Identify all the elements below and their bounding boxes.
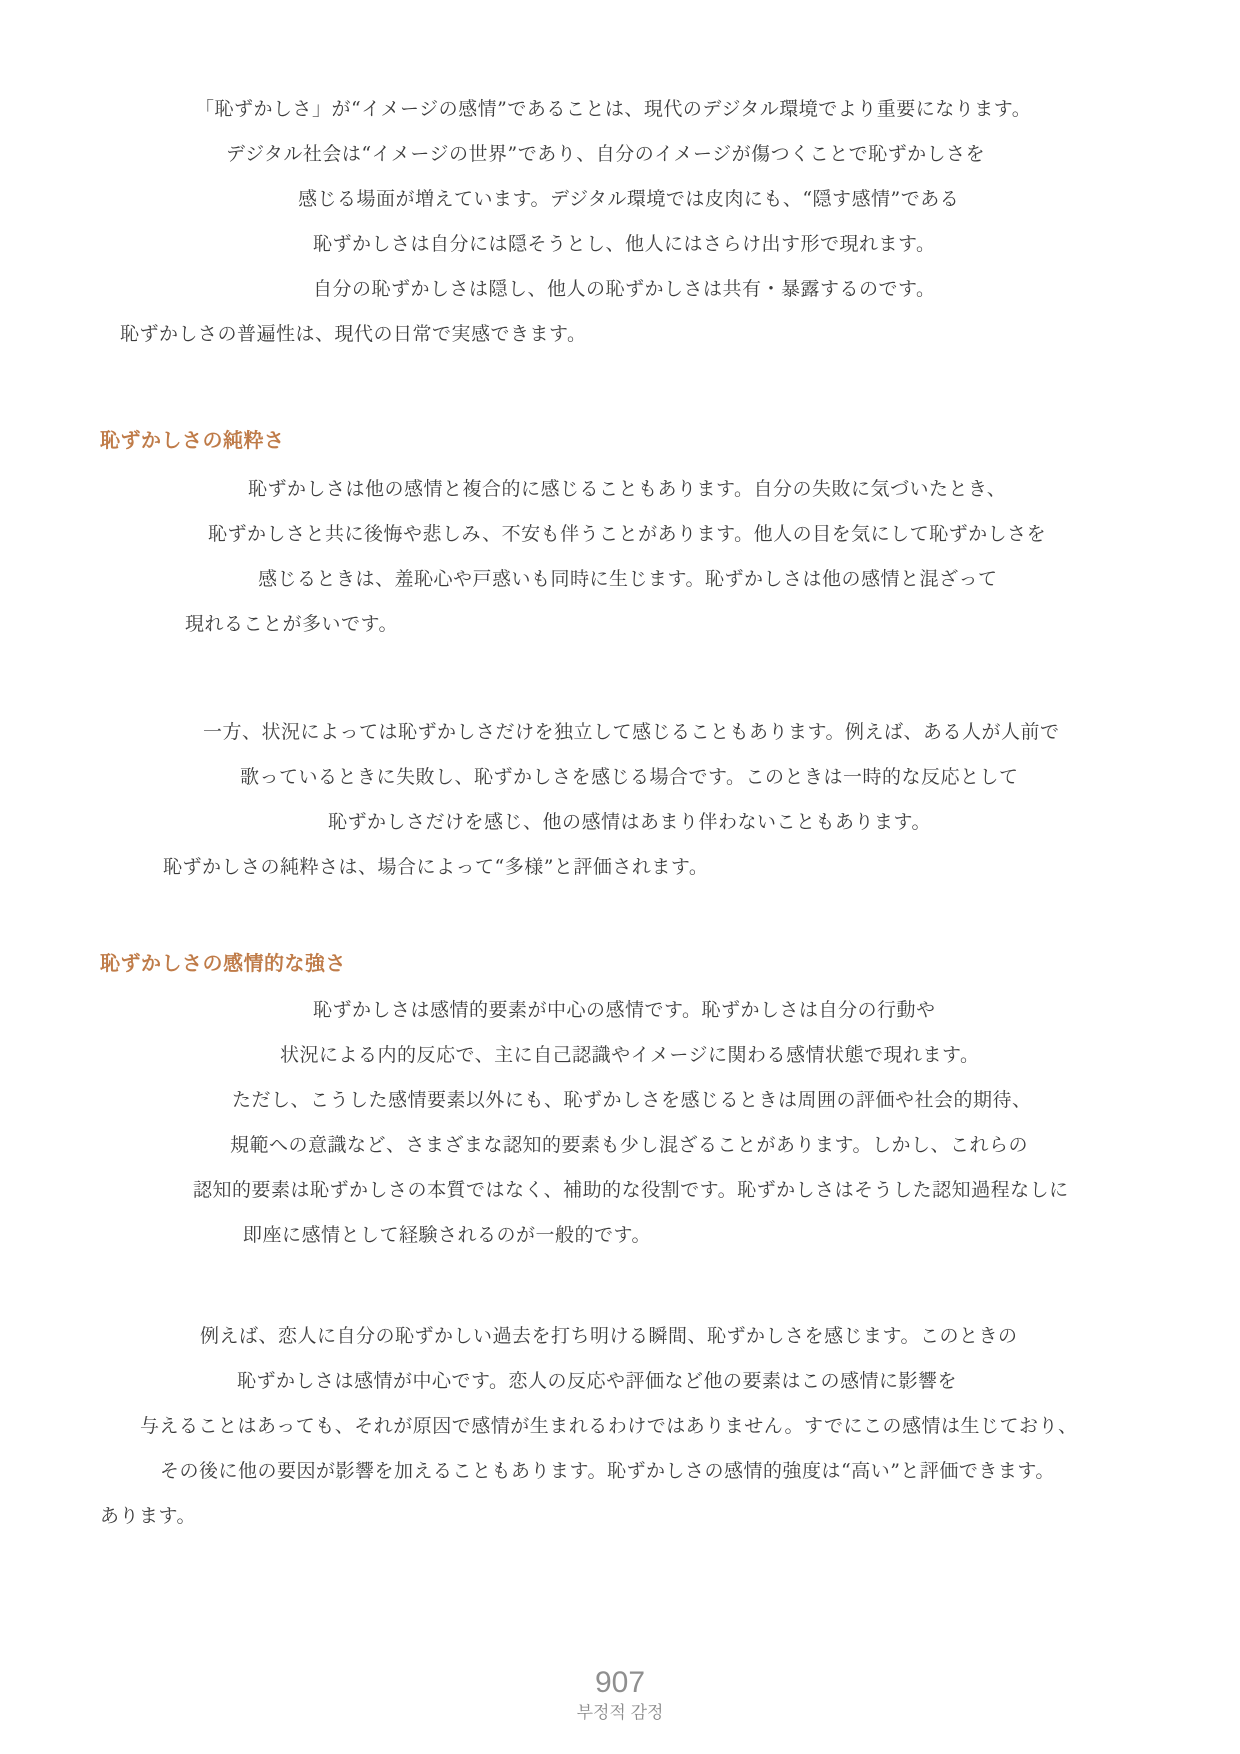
text-line: 感じる場面が増えています。デジタル環境では皮肉にも、“隠す感情”である <box>298 177 1140 222</box>
text-line: デジタル社会は“イメージの世界”であり、自分のイメージが傷つくことで恥ずかしさを <box>226 132 1140 177</box>
page-content: 「恥ずかしさ」が“イメージの感情”であることは、現代のデジタル環境でより重要にな… <box>0 0 1240 1539</box>
text-line: 現れることが多いです。 <box>185 602 1140 647</box>
section-heading: 恥ずかしさの純粋さ <box>100 425 1140 455</box>
document-page: 「恥ずかしさ」が“イメージの感情”であることは、現代のデジタル環境でより重要にな… <box>0 0 1240 1725</box>
text-line: 恥ずかしさは感情が中心です。恋人の反応や評価など他の要素はこの感情に影響を <box>237 1359 1140 1404</box>
text-line: 一方、状況によっては恥ずかしさだけを独立して感じることもあります。例えば、ある人… <box>203 710 1140 755</box>
text-line: 感じるときは、羞恥心や戸惑いも同時に生じます。恥ずかしさは他の感情と混ざって <box>258 557 1140 602</box>
text-line: 即座に感情として経験されるのが一般的です。 <box>243 1213 1140 1258</box>
text-line: 恥ずかしさだけを感じ、他の感情はあまり伴わないこともあります。 <box>328 800 1140 845</box>
text-line: 自分の恥ずかしさは隠し、他人の恥ずかしさは共有・暴露するのです。 <box>313 267 1140 312</box>
paragraph: 「恥ずかしさ」が“イメージの感情”であることは、現代のデジタル環境でより重要にな… <box>100 87 1140 357</box>
text-line: 例えば、恋人に自分の恥ずかしい過去を打ち明ける瞬間、恥ずかしさを感じます。このと… <box>200 1314 1140 1359</box>
paragraph: 一方、状況によっては恥ずかしさだけを独立して感じることもあります。例えば、ある人… <box>100 710 1140 890</box>
text-line: 恥ずかしさと共に後悔や悲しみ、不安も伴うことがあります。他人の目を気にして恥ずか… <box>208 512 1140 557</box>
text-line: 与えることはあっても、それが原因で感情が生まれるわけではありません。すでにこの感… <box>140 1404 1140 1449</box>
paragraph: 例えば、恋人に自分の恥ずかしい過去を打ち明ける瞬間、恥ずかしさを感じます。このと… <box>100 1314 1140 1539</box>
text-line: 恥ずかしさの普遍性は、現代の日常で実感できます。 <box>120 312 1140 357</box>
text-line: 恥ずかしさは他の感情と複合的に感じることもあります。自分の失敗に気づいたとき、 <box>248 467 1140 512</box>
section-heading: 恥ずかしさの感情的な強さ <box>100 948 1140 978</box>
text-line: 規範への意識など、さまざまな認知的要素も少し混ざることがあります。しかし、これら… <box>230 1123 1140 1168</box>
text-line: 状況による内的反応で、主に自己認識やイメージに関わる感情状態で現れます。 <box>280 1033 1140 1078</box>
footer-section-label: 부정적 감정 <box>0 1701 1240 1725</box>
page-number: 907 <box>0 1665 1240 1701</box>
text-line: 恥ずかしさは感情的要素が中心の感情です。恥ずかしさは自分の行動や <box>313 988 1140 1033</box>
text-line: 恥ずかしさの純粋さは、場合によって“多様”と評価されます。 <box>163 845 1140 890</box>
text-line: その後に他の要因が影響を加えることもあります。恥ずかしさの感情的強度は“高い”と… <box>160 1449 1140 1494</box>
text-line: 恥ずかしさは自分には隠そうとし、他人にはさらけ出す形で現れます。 <box>313 222 1140 267</box>
page-footer: 907 부정적 감정 <box>0 1665 1240 1725</box>
text-line: 「恥ずかしさ」が“イメージの感情”であることは、現代のデジタル環境でより重要にな… <box>195 87 1140 132</box>
paragraph: 恥ずかしさは感情的要素が中心の感情です。恥ずかしさは自分の行動や状況による内的反… <box>100 988 1140 1258</box>
text-line: あります。 <box>100 1494 1140 1539</box>
text-line: 歌っているときに失敗し、恥ずかしさを感じる場合です。このときは一時的な反応として <box>240 755 1140 800</box>
text-line: ただし、こうした感情要素以外にも、恥ずかしさを感じるときは周囲の評価や社会的期待… <box>232 1078 1140 1123</box>
text-line: 認知的要素は恥ずかしさの本質ではなく、補助的な役割です。恥ずかしさはそうした認知… <box>193 1168 1140 1213</box>
paragraph: 恥ずかしさは他の感情と複合的に感じることもあります。自分の失敗に気づいたとき、恥… <box>100 467 1140 647</box>
